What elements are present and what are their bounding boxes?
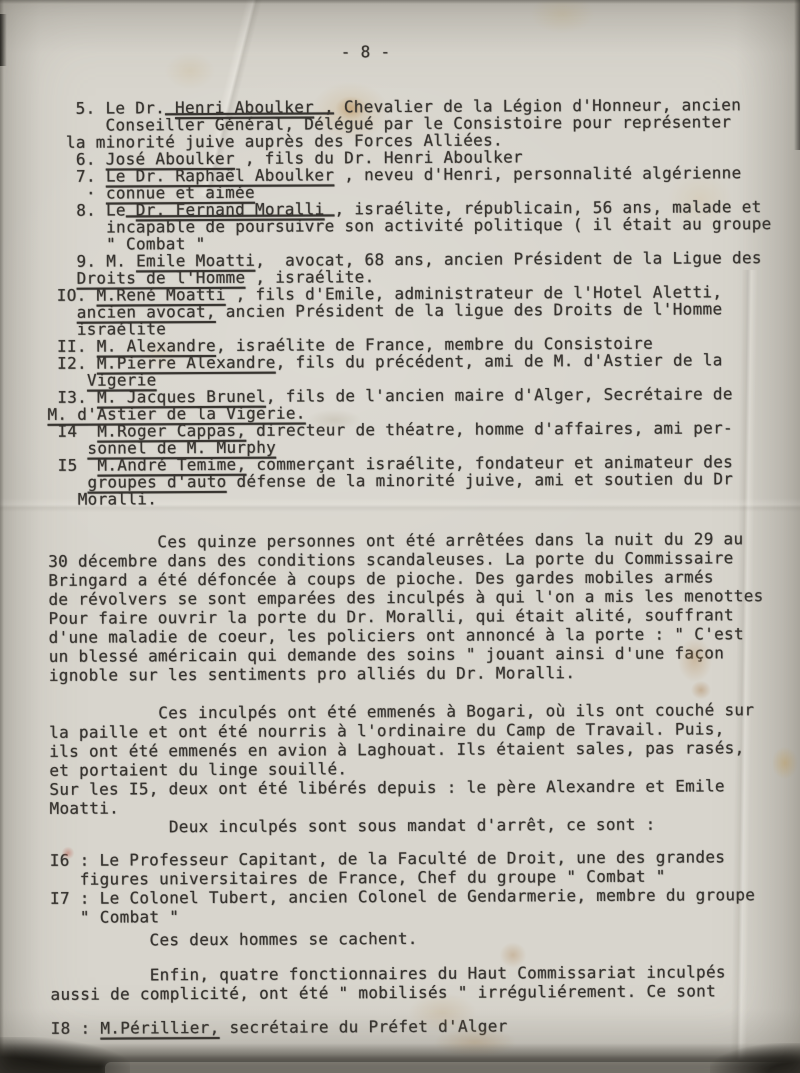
paragraph-fonctionnaires: Enfin, quatre fonctionnaires du Haut Com… [50, 962, 800, 1004]
text-line: groupes d'auto défense de la minorité ju… [48, 470, 800, 491]
text-segment: Sur les I5, deux ont été libérés depuis … [49, 776, 725, 799]
line-perillier: I8 : M.Périllier, secrétaire du Préfet d… [51, 1015, 800, 1038]
text-line: I4 M.Roger Cappas, directeur de théatre,… [47, 419, 799, 440]
text-line: Ces deux hommes se cachent. [50, 927, 800, 950]
text-segment: " Combat " [50, 907, 179, 927]
text-segment: secrétaire du Préfet d'Alger [219, 1016, 507, 1037]
text-segment: Moralli. [48, 489, 157, 509]
text-line: 7. Le Dr. Raphaël Aboulker , neveu d'Hen… [46, 164, 798, 185]
text-line: I2. M.Pierre Alexandre, fils du précéden… [47, 351, 799, 372]
text-segment: son activité politique ( il était au gro… [334, 214, 771, 235]
text-line: " Combat " [50, 904, 800, 927]
page-number: - 8 - [46, 40, 798, 64]
text-segment: , neveu d'Henri, personnalité algérienne [334, 163, 741, 184]
text-segment: Deux inculpés sont sous mandat d'arrêt, … [50, 815, 656, 837]
line-cachent: Ces deux hommes se cachent. [50, 927, 800, 950]
text-segment: Moatti. [49, 798, 119, 817]
text-line: I7 : Le Colonel Tubert, ancien Colonel d… [50, 885, 800, 908]
paragraph-bogari: Ces inculpés ont été emmenés à Bogari, o… [49, 700, 800, 818]
underlined-name: M.Périllier, [100, 1018, 219, 1038]
text-line: ignoble sur les sentiments pro alliés du… [49, 662, 800, 685]
text-segment: directeur de théatre, homme d'affaires, … [246, 418, 733, 440]
list-mandat: I6 : Le Professeur Capitant, de la Facul… [50, 847, 800, 927]
text-segment: et portaient du linge souillé. [49, 759, 347, 780]
text-segment: aussi de complicité, ont été " mobilisés… [50, 981, 716, 1003]
text-line: I8 : M.Périllier, secrétaire du Préfet d… [51, 1015, 800, 1038]
document-body: 5. Le Dr. Henri Aboulker , Chevalier de … [46, 96, 800, 1038]
paragraph-arrestations: Ces quinze personnes ont été arrêtées da… [48, 529, 800, 685]
text-line: Deux inculpés sont sous mandat d'arrêt, … [50, 814, 800, 837]
text-line: ancien avocat, ancien Président de la li… [47, 300, 799, 321]
text-segment: , fils du précédent, ami de M. d'Astier … [276, 350, 723, 371]
text-line: I6 : Le Professeur Capitant, de la Facul… [50, 847, 800, 870]
text-segment: un blessé américain qui demande des soin… [49, 643, 725, 666]
typewritten-text-layer: - 8 - 5. Le Dr. Henri Aboulker , Chevali… [0, 0, 800, 1073]
text-line: ils ont été emmenés en avion à Laghouat.… [49, 738, 800, 761]
text-segment: I8 : [51, 1019, 101, 1038]
text-segment: ignoble sur les sentiments pro alliés du… [49, 663, 576, 685]
text-line: 9. M. Emile Moatti, avocat, 68 ans, anci… [47, 249, 799, 270]
text-segment: I7 : Le Colonel Tubert, ancien Colonel d… [50, 885, 755, 908]
text-segment: Ces deux hommes se cachent. [50, 929, 418, 950]
text-segment: ancien Président de la ligue des Droits … [216, 299, 723, 321]
line-mandat-intro: Deux inculpés sont sous mandat d'arrêt, … [50, 814, 800, 837]
text-line: Sur les I5, deux ont été libérés depuis … [49, 776, 800, 799]
text-segment: défense de la minorité juive, ami et sou… [227, 469, 734, 491]
text-line: I3. M. Jacques Brunel, fils de l'ancien … [47, 385, 799, 406]
numbered-list: 5. Le Dr. Henri Aboulker , Chevalier de … [46, 96, 800, 508]
text-line: incapable de poursuivre son activité pol… [46, 215, 798, 236]
text-line: aussi de complicité, ont été " mobilisés… [50, 981, 800, 1004]
text-segment: , fils de l'ancien maire d'Alger, Secrét… [266, 384, 733, 405]
text-line: un blessé américain qui demande des soin… [49, 643, 800, 666]
text-segment: ils ont été emmenés en avion à Laghouat.… [49, 738, 744, 761]
scanned-page: - 8 - 5. Le Dr. Henri Aboulker , Chevali… [0, 0, 800, 1073]
